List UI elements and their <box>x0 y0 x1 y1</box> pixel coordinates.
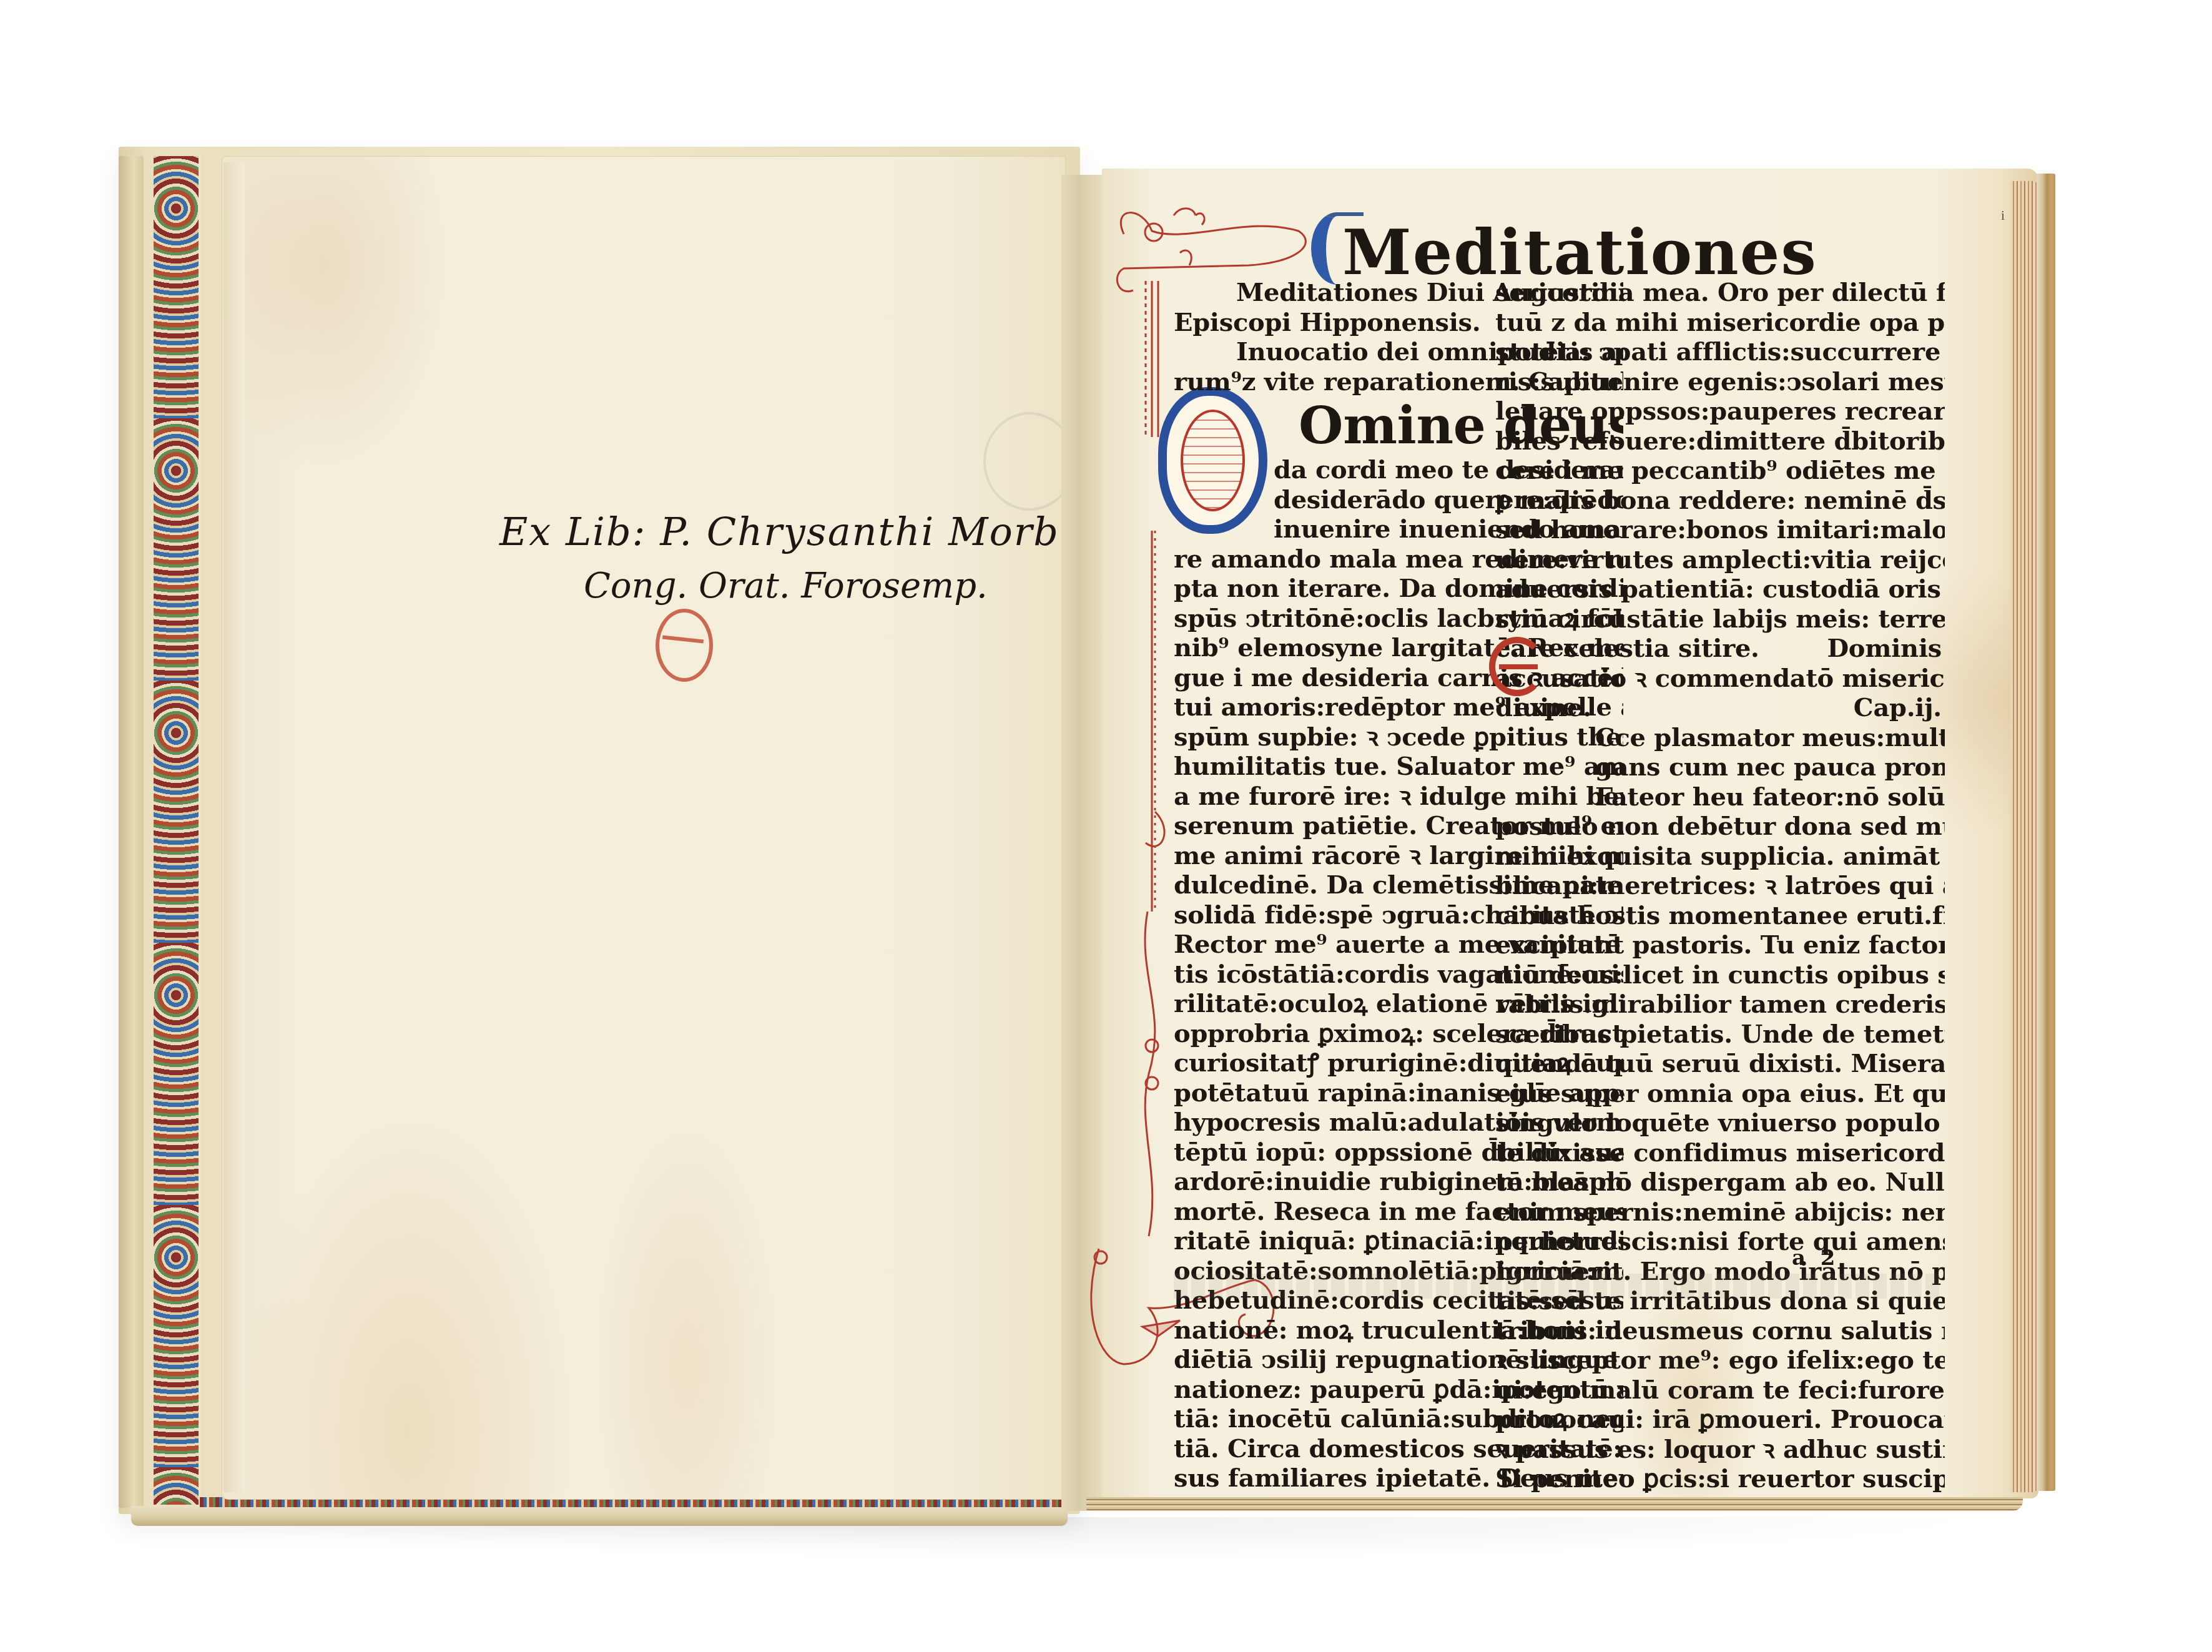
text-line: stiū circūstātie labijs meis: terrena ca… <box>1495 604 1945 634</box>
text-line: perhorrescis:nisi forte qui amens te ex <box>1495 1227 1945 1257</box>
text-line: blicani:meretrices: ꝛ latrōes qui a fau <box>1495 871 1945 901</box>
text-fragment: diuine. <box>1495 693 1591 722</box>
text-line: quendā tuū seruū dixisti. Miseratōes <box>1495 1049 1945 1079</box>
text-line: singulo loquēte vniuerso populo tuo <box>1495 1108 1945 1138</box>
text-line: ꝑ malis bona reddere: neminē d̄spicerē <box>1495 486 1945 516</box>
text-line: cere i me peccantib⁹ odiētes me diligē <box>1495 456 1945 486</box>
text-column-right: sericordia mea. Oro per dilectū filium t… <box>1495 278 1945 1494</box>
text-line-with-heading: care celestia sitire. Dominis <box>1495 634 1945 664</box>
text-line: postulo non debētur dona sed multa <box>1495 812 1945 842</box>
chapter-number: Cap.ij. <box>1854 693 1942 723</box>
text-line-with-heading: diuine. Cap.ij. <box>1495 693 1945 723</box>
signature-mark: a 2 <box>1792 1246 1839 1271</box>
text-line: sericordia mea. Oro per dilectū filium <box>1495 278 1945 308</box>
text-line: tuū z da mihi misericordie opa pietatis <box>1495 308 1945 338</box>
text-line: enim spernis:neminē abijcis: neminez <box>1495 1197 1945 1227</box>
text-line: tē meā nō dispergam ab eo. Nullum <box>1495 1168 1945 1197</box>
text-line: studia: ↄpati afflictis:succurrere mise <box>1495 337 1945 367</box>
text-line: uere:virtutes amplecti:vitia reijcere in <box>1495 545 1945 575</box>
text-line: rabilis.mirabilior tamen crederis in vi <box>1495 990 1945 1020</box>
text-line: Fateor heu fateor:nō solū que <box>1495 782 1945 812</box>
text-line: mihi exquisita supplicia. animāt me pu <box>1495 842 1945 872</box>
text-line: prouocaui: irā ꝑmoueri. Prouocaui <box>1495 1405 1945 1435</box>
text-line: accusatio ꝛ commendatō misericordie <box>1495 664 1945 694</box>
book-photograph: Ex Lib: P. Chrysanthi Morbidelli Cong. O… <box>0 0 2212 1652</box>
text-line: eius super omnia opa eius. Et quasi de <box>1495 1079 1945 1109</box>
text-line: excipiunt pastoris. Tu eniz factor om <box>1495 930 1945 960</box>
text-line: gans cum nec pauca promerui <box>1495 752 1945 782</box>
text-line: Cce plasmator meus:multa ro <box>1495 723 1945 753</box>
text-line: leuare oppssos:pauperes recreare: fle <box>1495 396 1945 426</box>
text-line: Si peniteo ꝑcis:si reuertor suscipis: is… <box>1495 1464 1945 1494</box>
text-line: sed honorare:bonos imitari:malos ca <box>1495 515 1945 545</box>
text-line: tribuis: deusmeus cornu salutis mee: <box>1495 1316 1945 1346</box>
chapter-heading-fragment: Dominis <box>1827 634 1942 664</box>
text-line: ui:ego malū coram te feci:furorem tuū <box>1495 1375 1945 1405</box>
text-line: niū deus:licet in cunctis opibus sis mi <box>1495 960 1945 990</box>
text-line: ris:subuenire egenis:ↄsolari mestos.re <box>1495 367 1945 397</box>
text-line: sceribus pietatis. Unde de temetipo ꝑ <box>1495 1020 1945 1050</box>
show-through-text <box>1174 1274 1942 1299</box>
text-line: ꝛ passus es: loquor ꝛ adhuc sustines. <box>1495 1435 1945 1465</box>
text-line: te dixisse confidimus misericordiā au <box>1495 1138 1945 1168</box>
text-line: cibus hostis momentanee eruti.finib⁹ <box>1495 901 1945 931</box>
text-line: ꝛ susceptor me⁹: ego ifelix:ego te irrit… <box>1495 1345 1945 1375</box>
red-initial-E <box>1489 637 1545 696</box>
text-line: biles refouere:dimittere d̄bitorib⁹: par <box>1495 426 1945 456</box>
text-line: aduersis patientiā: custodiā oris ꝛ ho <box>1495 574 1945 604</box>
